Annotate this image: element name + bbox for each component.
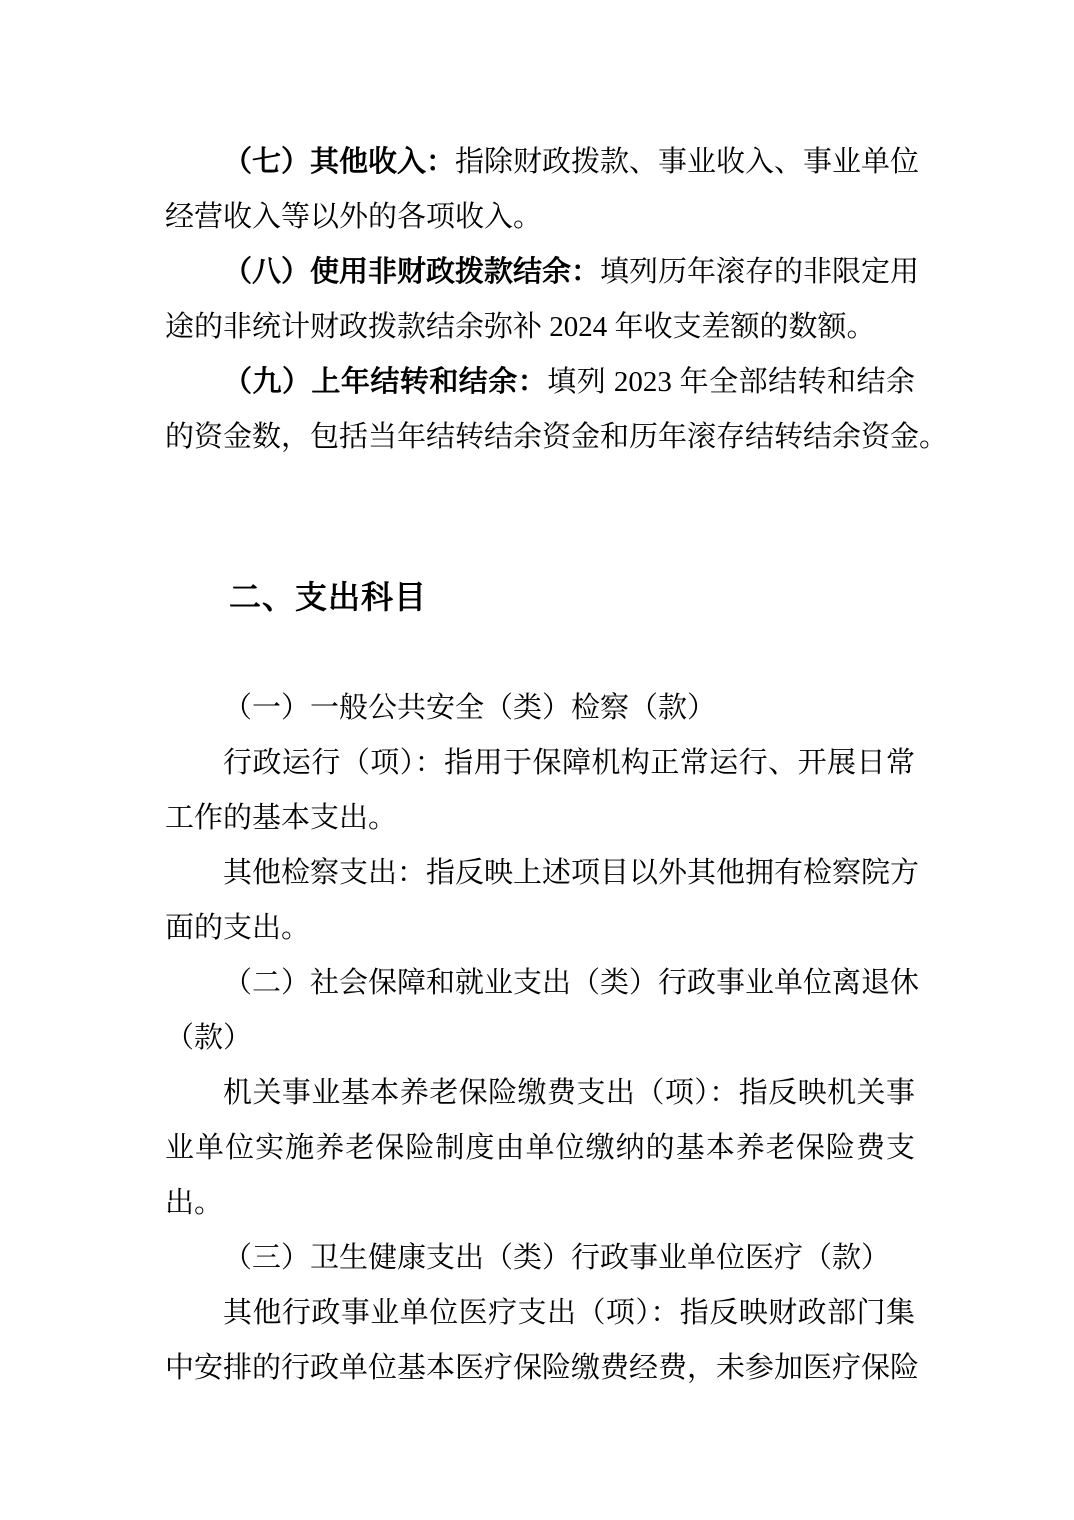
text-run: （款） — [165, 1022, 252, 1054]
paragraph-public-security-category: （一）一般公共安全（类）检察（款） — [165, 681, 915, 736]
text-line: （款） — [165, 1011, 915, 1066]
term-label: （八）使用非财政拨款结余： — [223, 256, 600, 288]
text-line: 途的非统计财政拨款结余弥补 2024 年收支差额的数额。 — [165, 300, 915, 355]
text-run: 行政运行（项）：指用于保障机构正常运行、开展日常 — [223, 747, 915, 779]
text-line: （八）使用非财政拨款结余：填列历年滚存的非限定用 — [165, 245, 915, 300]
text-run: 的资金数，包括当年结转结余资金和历年滚存结转结余资金。 — [165, 421, 948, 453]
text-run: 工作的基本支出。 — [165, 802, 397, 834]
text-line: 机关事业基本养老保险缴费支出（项）：指反映机关事 — [165, 1066, 915, 1121]
text-run: 出。 — [165, 1187, 223, 1219]
paragraph-other-income-definition: （七）其他收入：指除财政拨款、事业收入、事业单位经营收入等以外的各项收入。 — [165, 135, 915, 245]
text-line: 工作的基本支出。 — [165, 791, 915, 846]
text-line: （二）社会保障和就业支出（类）行政事业单位离退休 — [165, 956, 915, 1011]
document-body: （七）其他收入：指除财政拨款、事业收入、事业单位经营收入等以外的各项收入。（八）… — [165, 135, 915, 1396]
text-run: 中安排的行政单位基本医疗保险缴费经费，未参加医疗保险 — [165, 1352, 919, 1384]
paragraph-health-category: （三）卫生健康支出（类）行政事业单位医疗（款） — [165, 1231, 915, 1286]
term-label: （七）其他收入： — [223, 146, 455, 178]
text-run: （一）一般公共安全（类）检察（款） — [223, 692, 716, 724]
term-label: （九）上年结转和结余： — [223, 366, 547, 398]
text-line: 中安排的行政单位基本医疗保险缴费经费，未参加医疗保险 — [165, 1341, 915, 1396]
paragraph-pension-insurance-contribution-item: 机关事业基本养老保险缴费支出（项）：指反映机关事业单位实施养老保险制度由单位缴纳… — [165, 1066, 915, 1231]
text-run: 其他检察支出：指反映上述项目以外其他拥有检察院方 — [223, 857, 919, 889]
paragraph-administrative-operation-item: 行政运行（项）：指用于保障机构正常运行、开展日常工作的基本支出。 — [165, 736, 915, 846]
text-line: 其他行政事业单位医疗支出（项）：指反映财政部门集 — [165, 1286, 915, 1341]
text-run: 其他行政事业单位医疗支出（项）：指反映财政部门集 — [223, 1297, 915, 1329]
text-run: 机关事业基本养老保险缴费支出（项）：指反映机关事 — [223, 1077, 915, 1109]
paragraph-other-procuratorial-expenditure: 其他检察支出：指反映上述项目以外其他拥有检察院方面的支出。 — [165, 846, 915, 956]
text-run: 填列历年滚存的非限定用 — [600, 256, 919, 288]
text-run: 业单位实施养老保险制度由单位缴纳的基本养老保险费支 — [165, 1132, 915, 1164]
text-run: （二）社会保障和就业支出（类）行政事业单位离退休 — [223, 967, 919, 999]
text-run: （三）卫生健康支出（类）行政事业单位医疗（款） — [223, 1242, 890, 1274]
text-line: 出。 — [165, 1176, 915, 1231]
paragraph-other-medical-expenditure-item: 其他行政事业单位医疗支出（项）：指反映财政部门集中安排的行政单位基本医疗保险缴费… — [165, 1286, 915, 1396]
text-line: 面的支出。 — [165, 901, 915, 956]
document-page: （七）其他收入：指除财政拨款、事业收入、事业单位经营收入等以外的各项收入。（八）… — [0, 0, 1074, 1520]
text-line: （九）上年结转和结余：填列 2023 年全部结转和结余 — [165, 355, 915, 410]
paragraph-social-security-employment-category: （二）社会保障和就业支出（类）行政事业单位离退休（款） — [165, 956, 915, 1066]
text-line: 的资金数，包括当年结转结余资金和历年滚存结转结余资金。 — [165, 410, 915, 465]
text-run: 指除财政拨款、事业收入、事业单位 — [455, 146, 919, 178]
paragraph-prior-year-carryover-definition: （九）上年结转和结余：填列 2023 年全部结转和结余的资金数，包括当年结转结余… — [165, 355, 915, 465]
text-line: 其他检察支出：指反映上述项目以外其他拥有检察院方 — [165, 846, 915, 901]
section-heading: 二、支出科目 — [165, 570, 915, 625]
text-line: 行政运行（项）：指用于保障机构正常运行、开展日常 — [165, 736, 915, 791]
text-line: （一）一般公共安全（类）检察（款） — [165, 681, 915, 736]
text-line: （三）卫生健康支出（类）行政事业单位医疗（款） — [165, 1231, 915, 1286]
text-line: 业单位实施养老保险制度由单位缴纳的基本养老保险费支 — [165, 1121, 915, 1176]
text-run: 面的支出。 — [165, 912, 310, 944]
text-line: 经营收入等以外的各项收入。 — [165, 190, 915, 245]
text-line: （七）其他收入：指除财政拨款、事业收入、事业单位 — [165, 135, 915, 190]
text-run: 经营收入等以外的各项收入。 — [165, 201, 542, 233]
text-run: 途的非统计财政拨款结余弥补 2024 年收支差额的数额。 — [165, 311, 876, 343]
text-run: 填列 2023 年全部结转和结余 — [547, 366, 915, 398]
paragraph-non-fiscal-appropriation-balance-definition: （八）使用非财政拨款结余：填列历年滚存的非限定用途的非统计财政拨款结余弥补 20… — [165, 245, 915, 355]
